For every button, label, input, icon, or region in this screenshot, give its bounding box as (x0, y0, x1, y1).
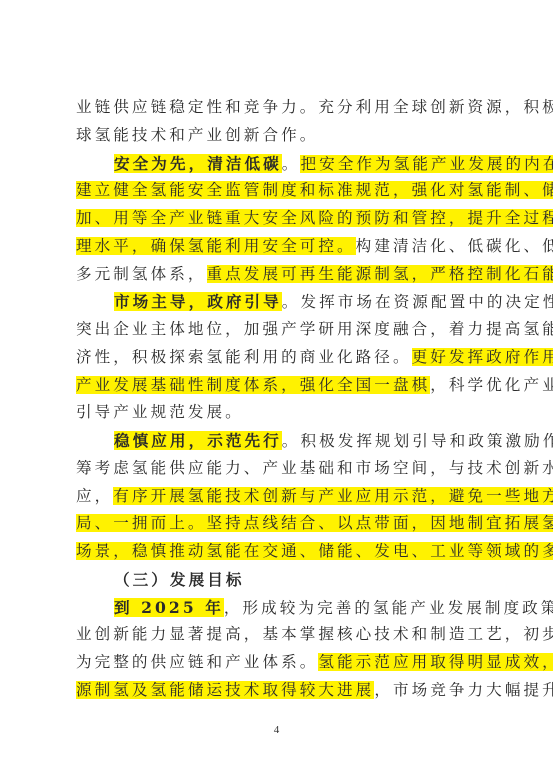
text-segment: 。 (282, 155, 301, 173)
highlighted-text: 到 2025 年 (114, 598, 224, 617)
text-line: 加、用等全产业链重大安全风险的预防和管控，提升全过程安全管 (76, 205, 480, 233)
text-line: 源制氢及氢能储运技术取得较大进展，市场竞争力大幅提升，初步 (76, 677, 480, 705)
text-line: 业创新能力显著提高，基本掌握核心技术和制造工艺，初步建立较 (76, 621, 480, 649)
text-line: 市场主导，政府引导。发挥市场在资源配置中的决定性作用， (76, 288, 480, 316)
text-line: 稳慎应用，示范先行。积极发挥规划引导和政策激励作用，统 (76, 427, 480, 455)
text-segment: 多元制氢体系， (76, 265, 207, 283)
text-line: 建立健全氢能安全监管制度和标准规范，强化对氢能制、储、输、 (76, 177, 480, 205)
highlighted-text: 局、一拥而上。坚持点线结合、以点带面，因地制宜拓展氢能应用 (76, 514, 553, 532)
text-segment: 引导产业规范发展。 (76, 403, 244, 421)
text-segment: 。发挥市场在资源配置中的决定性作用， (282, 293, 553, 311)
highlighted-text: 建立健全氢能安全监管制度和标准规范，强化对氢能制、储、输、 (76, 181, 553, 199)
text-line: 业链供应链稳定性和竞争力。充分利用全球创新资源，积极参与全 (76, 94, 480, 122)
highlighted-text: 加、用等全产业链重大安全风险的预防和管控，提升全过程安全管 (76, 209, 553, 227)
highlighted-text: 更好发挥政府作用，完善 (412, 348, 553, 366)
text-line: 理水平，确保氢能利用安全可控。构建清洁化、低碳化、低成本的 (76, 233, 480, 261)
text-segment: （三）发展目标 (114, 570, 245, 589)
highlighted-text: 重点发展可再生能源制氢，严格控制化石能源制氢 (207, 265, 553, 283)
text-segment: 。积极发挥规划引导和政策激励作用，统 (282, 432, 553, 450)
section-heading: （三）发展目标 (76, 566, 480, 594)
text-segment: 筹考虑氢能供应能力、产业基础和市场空间，与技术创新水平相适 (76, 459, 553, 477)
highlighted-text: 场景，稳慎推动氢能在交通、储能、发电、工业等领域的多元应用。 (76, 542, 553, 560)
text-line: 应，有序开展氢能技术创新与产业应用示范，避免一些地方盲目布 (76, 483, 480, 511)
text-segment: 构建清洁化、低碳化、低成本的 (356, 237, 553, 255)
text-segment: 业链供应链稳定性和竞争力。充分利用全球创新资源，积极参与全 (76, 98, 553, 116)
text-line: 多元制氢体系，重点发展可再生能源制氢，严格控制化石能源制氢。 (76, 261, 480, 289)
highlighted-text: 安全为先，清洁低碳 (114, 154, 282, 173)
highlighted-text: 源制氢及氢能储运技术取得较大进展 (76, 681, 374, 699)
highlighted-text: 稳慎应用，示范先行 (114, 431, 282, 450)
text-segment: 济性，积极探索氢能利用的商业化路径。 (76, 348, 412, 366)
text-line: 为完整的供应链和产业体系。氢能示范应用取得明显成效，清洁能 (76, 649, 480, 677)
text-line: 场景，稳慎推动氢能在交通、储能、发电、工业等领域的多元应用。 (76, 538, 480, 566)
body-text: 业链供应链稳定性和竞争力。充分利用全球创新资源，积极参与全球氢能技术和产业创新合… (76, 94, 480, 705)
text-segment: 业创新能力显著提高，基本掌握核心技术和制造工艺，初步建立较 (76, 625, 553, 643)
document-page: 业链供应链稳定性和竞争力。充分利用全球创新资源，积极参与全球氢能技术和产业创新合… (0, 0, 553, 782)
text-line: 突出企业主体地位，加强产学研用深度融合，着力提高氢能技术经 (76, 316, 480, 344)
highlighted-text: 把安全作为氢能产业发展的内在要求， (300, 155, 553, 173)
text-segment: ，形成较为完善的氢能产业发展制度政策环境，产 (224, 599, 553, 617)
text-line: 安全为先，清洁低碳。把安全作为氢能产业发展的内在要求， (76, 150, 480, 178)
highlighted-text: 有序开展氢能技术创新与产业应用示范，避免一些地方盲目布 (113, 487, 553, 505)
text-line: 济性，积极探索氢能利用的商业化路径。更好发挥政府作用，完善 (76, 344, 480, 372)
page-number: 4 (0, 724, 553, 736)
text-line: 局、一拥而上。坚持点线结合、以点带面，因地制宜拓展氢能应用 (76, 510, 480, 538)
highlighted-text: 市场主导，政府引导 (114, 292, 282, 311)
text-line: 筹考虑氢能供应能力、产业基础和市场空间，与技术创新水平相适 (76, 455, 480, 483)
highlighted-text: 理水平，确保氢能利用安全可控。 (76, 237, 356, 255)
text-segment: 球氢能技术和产业创新合作。 (76, 126, 318, 144)
highlighted-text: 产业发展基础性制度体系，强化全国一盘棋 (76, 376, 430, 394)
text-line: 到 2025 年，形成较为完善的氢能产业发展制度政策环境，产 (76, 594, 480, 622)
highlighted-text: 氢能示范应用取得明显成效，清洁能 (318, 653, 553, 671)
text-segment: ，市场竞争力大幅提升，初步 (374, 681, 553, 699)
text-line: 产业发展基础性制度体系，强化全国一盘棋，科学优化产业布局， (76, 372, 480, 400)
text-segment: 应， (76, 487, 113, 505)
text-line: 球氢能技术和产业创新合作。 (76, 122, 480, 150)
text-segment: 突出企业主体地位，加强产学研用深度融合，着力提高氢能技术经 (76, 320, 553, 338)
text-segment: 为完整的供应链和产业体系。 (76, 653, 318, 671)
text-segment: ，科学优化产业布局， (430, 376, 553, 394)
text-line: 引导产业规范发展。 (76, 399, 480, 427)
